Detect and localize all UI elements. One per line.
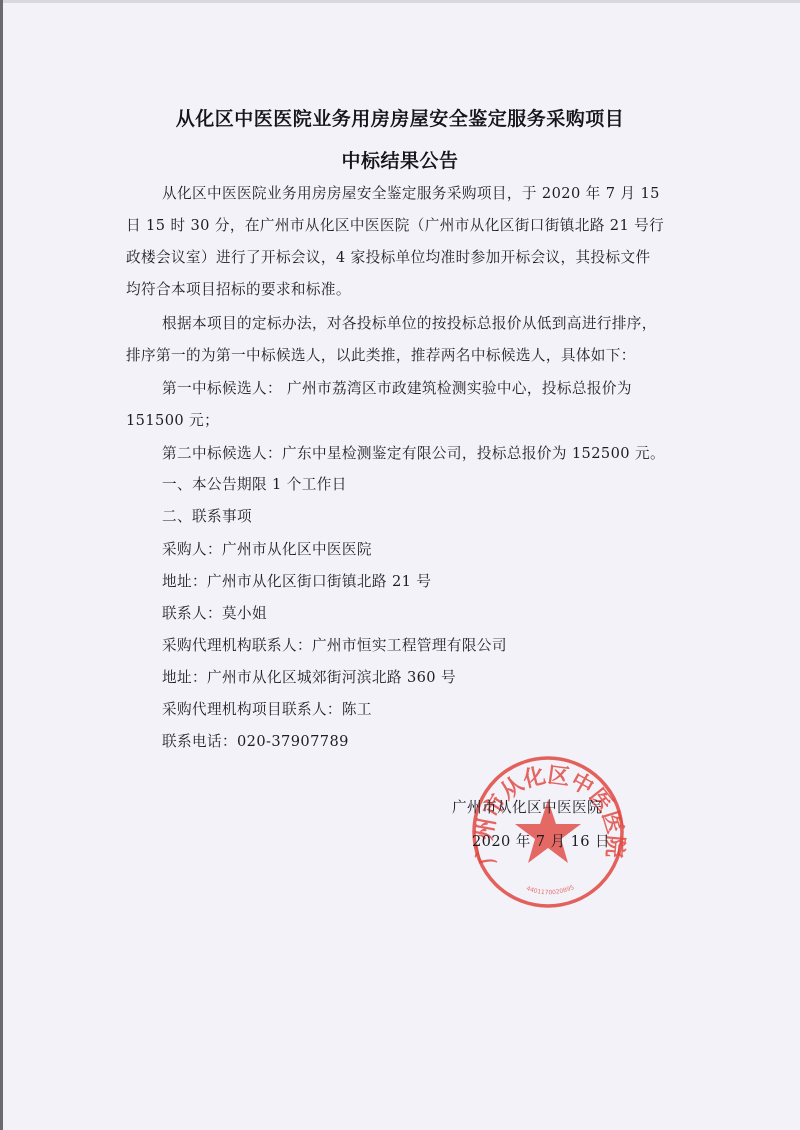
signature-issuer: 广州市从化区中医医院 xyxy=(452,796,602,817)
agency-contact: 采购代理机构项目联系人：陈工 xyxy=(0,698,800,719)
text-line: 日 15 时 30 分，在广州市从化区中医医院（广州市从化区街口街镇北路 21 … xyxy=(0,214,800,235)
purchaser-contact: 联系人：莫小姐 xyxy=(0,602,800,623)
text-line: 排序第一的为第一中标候选人，以此类推，推荐两名中标候选人，具体如下： xyxy=(0,344,800,365)
text-line: 第一中标候选人： 广州市荔湾区市政建筑检测实验中心，投标总报价为 xyxy=(0,377,800,398)
phone-number: 联系电话：020-37907789 xyxy=(0,730,800,751)
text-line: 151500 元； xyxy=(0,409,800,430)
document-title: 从化区中医医院业务用房房屋安全鉴定服务采购项目 xyxy=(0,104,800,131)
text-line: 根据本项目的定标办法，对各投标单位的按投标总报价从低到高进行排序， xyxy=(0,312,800,333)
svg-text:4401170020895: 4401170020895 xyxy=(525,884,575,896)
text-line: 均符合本项目招标的要求和标准。 xyxy=(0,278,800,299)
purchaser-address: 地址：广州市从化区街口街镇北路 21 号 xyxy=(0,570,800,591)
contact-heading: 二、联系事项 xyxy=(0,505,800,526)
text-line: 政楼会议室）进行了开标会议，4 家投标单位均准时参加开标会议，其投标文件 xyxy=(0,246,800,267)
text-line: 从化区中医医院业务用房房屋安全鉴定服务采购项目，于 2020 年 7 月 15 xyxy=(0,182,800,203)
seal-code: 4401170020895 xyxy=(525,884,575,896)
document-subtitle: 中标结果公告 xyxy=(0,146,800,173)
notice-period: 一、本公告期限 1 个工作日 xyxy=(0,473,800,494)
signature-date: 2020 年 7 月 16 日 xyxy=(472,830,610,851)
text-line: 第二中标候选人：广东中星检测鉴定有限公司，投标总报价为 152500 元。 xyxy=(0,442,800,463)
purchaser: 采购人：广州市从化区中医医院 xyxy=(0,538,800,559)
agency: 采购代理机构联系人：广州市恒实工程管理有限公司 xyxy=(0,634,800,655)
agency-address: 地址：广州市从化区城郊街河滨北路 360 号 xyxy=(0,666,800,687)
scan-edge-top xyxy=(0,0,800,3)
